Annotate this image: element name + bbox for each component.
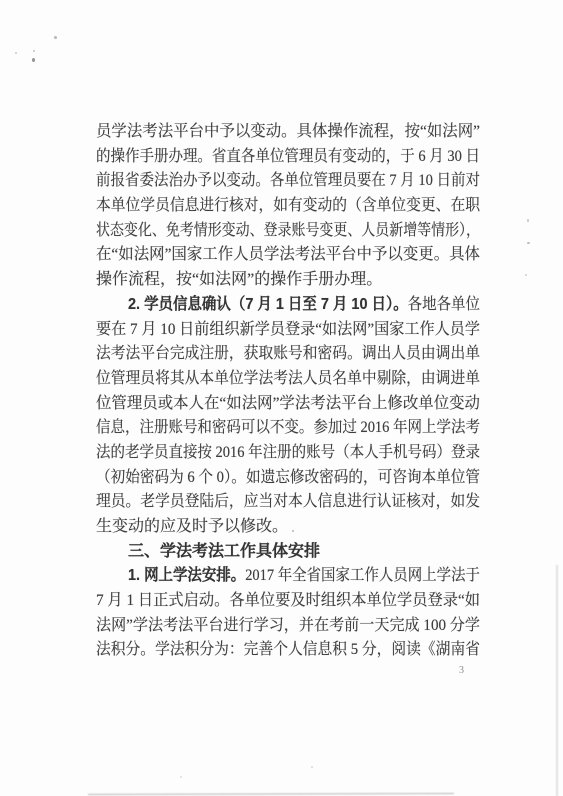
text-line: 1. 网上学法安排。2017 年全省国家工作人员网上学法于 xyxy=(96,564,480,589)
text-run-group: 位管理员将其从本单位学法考法人员名单中剔除，由调进单 xyxy=(96,367,480,392)
scan-speck xyxy=(527,219,529,222)
text-line: 要在 7 月 10 日前组织新学员登录“如法网”国家工作人员学 xyxy=(96,318,480,343)
scan-speck xyxy=(54,36,57,39)
scanned-document-page: 员学法考法平台中予以变动。具体操作流程，按“如法网”的操作手册办理。省直各单位管… xyxy=(0,0,563,796)
text-line: 理员。老学员登陆后，应当对本人信息进行认证核对，如发 xyxy=(96,490,480,515)
body-text: 理员。老学员登陆后，应当对本人信息进行认证核对，如发 xyxy=(96,493,480,510)
text-run-group: 操作流程，按“如法网”的操作手册办理。 xyxy=(96,268,382,293)
scan-speck xyxy=(292,530,294,532)
body-text: 位管理员或本人在“如法网”学法考法平台上修改单位变动 xyxy=(96,395,480,412)
body-text: 前报省委法治办予以变动。各单位管理员要在 7 月 10 日前对 xyxy=(96,172,480,189)
text-line: 法考法平台完成注册，获取账号和密码。调出人员由调出单 xyxy=(96,342,480,367)
text-run-group: 三、学法考法工作具体安排 xyxy=(128,540,320,565)
body-text: 在“如法网”国家工作人员学法考法平台中予以变更。具体 xyxy=(96,246,480,263)
text-run-group: 法网”学法考法平台进行学习，并在考前一天完成 100 分学 xyxy=(96,614,480,639)
text-line: （初始密码为 6 个 0）。如遗忘修改密码的，可咨询本单位管 xyxy=(96,466,480,491)
text-line: 员学法考法平台中予以变动。具体操作流程，按“如法网” xyxy=(96,120,480,145)
text-run-group: 法的老学员直接按 2016 年注册的账号（本人手机号码）登录 xyxy=(96,441,480,466)
text-run-group: 理员。老学员登陆后，应当对本人信息进行认证核对，如发 xyxy=(96,490,480,515)
bold-text: 1. 网上学法安排。 xyxy=(128,567,245,584)
text-run-group: 状态变化、免考情形变动、登录账号变更、人员新增等情形）， xyxy=(96,219,480,244)
text-run-group: 前报省委法治办予以变动。各单位管理员要在 7 月 10 日前对 xyxy=(96,169,480,194)
text-line: 法积分。学法积分为：完善个人信息积 5 分，阅读《湖南省 xyxy=(96,638,480,663)
body-text: 各地各单位 xyxy=(408,296,480,313)
text-run-group: 生变动的应及时予以修改。 xyxy=(96,515,288,540)
text-line: 7 月 1 日正式启动。各单位要及时组织本单位学员登录“如 xyxy=(96,589,480,614)
text-run-group: （初始密码为 6 个 0）。如遗忘修改密码的，可咨询本单位管 xyxy=(96,466,480,491)
text-line: 法的老学员直接按 2016 年注册的账号（本人手机号码）登录 xyxy=(96,441,480,466)
text-line: 前报省委法治办予以变动。各单位管理员要在 7 月 10 日前对 xyxy=(96,169,480,194)
body-text: 信息，注册账号和密码可以不变。参加过 2016 年网上学法考 xyxy=(96,419,480,436)
body-text: 法考法平台完成注册，获取账号和密码。调出人员由调出单 xyxy=(96,345,480,362)
text-line: 位管理员或本人在“如法网”学法考法平台上修改单位变动 xyxy=(96,392,480,417)
body-text: 员学法考法平台中予以变动。具体操作流程，按“如法网” xyxy=(96,123,480,140)
text-run-group: 在“如法网”国家工作人员学法考法平台中予以变更。具体 xyxy=(96,243,480,268)
scan-speck xyxy=(311,766,313,768)
scan-speck xyxy=(33,50,35,52)
text-line: 位管理员将其从本单位学法考法人员名单中剔除，由调进单 xyxy=(96,367,480,392)
text-line: 三、学法考法工作具体安排 xyxy=(96,540,480,565)
body-text: 位管理员将其从本单位学法考法人员名单中剔除，由调进单 xyxy=(96,370,480,387)
text-line: 本单位学员信息进行核对，如有变动的（含单位变更、在职 xyxy=(96,194,480,219)
text-run-group: 法积分。学法积分为：完善个人信息积 5 分，阅读《湖南省 xyxy=(96,638,480,663)
body-text: 状态变化、免考情形变动、登录账号变更、人员新增等情形）， xyxy=(96,222,480,239)
text-line: 信息，注册账号和密码可以不变。参加过 2016 年网上学法考 xyxy=(96,416,480,441)
body-text: 要在 7 月 10 日前组织新学员登录“如法网”国家工作人员学 xyxy=(96,321,480,338)
scan-edge-right xyxy=(556,565,558,796)
scan-speck xyxy=(180,776,182,778)
scan-speck xyxy=(527,242,530,244)
body-text: 法的老学员直接按 2016 年注册的账号（本人手机号码）登录 xyxy=(96,444,480,461)
text-run-group: 位管理员或本人在“如法网”学法考法平台上修改单位变动 xyxy=(96,392,480,417)
body-text: 操作流程，按“如法网”的操作手册办理。 xyxy=(96,271,382,288)
text-run-group: 本单位学员信息进行核对，如有变动的（含单位变更、在职 xyxy=(96,194,480,219)
text-block: 员学法考法平台中予以变动。具体操作流程，按“如法网”的操作手册办理。省直各单位管… xyxy=(96,120,480,663)
text-run-group: 的操作手册办理。省直各单位管理员有变动的，于 6 月 30 日 xyxy=(96,145,480,170)
text-run-group: 信息，注册账号和密码可以不变。参加过 2016 年网上学法考 xyxy=(96,416,480,441)
text-line: 生变动的应及时予以修改。 xyxy=(96,515,480,540)
scan-speck xyxy=(32,58,35,62)
text-run-group: 要在 7 月 10 日前组织新学员登录“如法网”国家工作人员学 xyxy=(96,318,480,343)
text-line: 操作流程，按“如法网”的操作手册办理。 xyxy=(96,268,480,293)
body-text: 法网”学法考法平台进行学习，并在考前一天完成 100 分学 xyxy=(96,617,480,634)
text-run-group: 员学法考法平台中予以变动。具体操作流程，按“如法网” xyxy=(96,120,480,145)
bold-text: 三、学法考法工作具体安排 xyxy=(128,543,320,560)
body-text: 7 月 1 日正式启动。各单位要及时组织本单位学员登录“如 xyxy=(96,592,480,609)
body-text: 生变动的应及时予以修改。 xyxy=(96,518,288,535)
body-text: 的操作手册办理。省直各单位管理员有变动的，于 6 月 30 日 xyxy=(96,148,480,165)
bold-text: 2. 学员信息确认（7 月 1 日至 7 月 10 日）。 xyxy=(128,296,408,313)
text-run-group: 1. 网上学法安排。2017 年全省国家工作人员网上学法于 xyxy=(128,564,480,589)
text-line: 2. 学员信息确认（7 月 1 日至 7 月 10 日）。各地各单位 xyxy=(96,293,480,318)
text-run-group: 法考法平台完成注册，获取账号和密码。调出人员由调出单 xyxy=(96,342,480,367)
body-text: 法积分。学法积分为：完善个人信息积 5 分，阅读《湖南省 xyxy=(96,641,480,658)
text-line: 在“如法网”国家工作人员学法考法平台中予以变更。具体 xyxy=(96,243,480,268)
body-text: 2017 年全省国家工作人员网上学法于 xyxy=(245,567,480,584)
text-line: 法网”学法考法平台进行学习，并在考前一天完成 100 分学 xyxy=(96,614,480,639)
page-number: 3 xyxy=(459,666,464,676)
text-line: 状态变化、免考情形变动、登录账号变更、人员新增等情形）， xyxy=(96,219,480,244)
scan-speck xyxy=(525,274,527,276)
body-text: （初始密码为 6 个 0）。如遗忘修改密码的，可咨询本单位管 xyxy=(96,469,480,486)
text-run-group: 7 月 1 日正式启动。各单位要及时组织本单位学员登录“如 xyxy=(96,589,480,614)
scan-speck xyxy=(15,52,17,54)
text-run-group: 2. 学员信息确认（7 月 1 日至 7 月 10 日）。各地各单位 xyxy=(128,293,480,318)
body-text: 本单位学员信息进行核对，如有变动的（含单位变更、在职 xyxy=(96,197,480,214)
text-line: 的操作手册办理。省直各单位管理员有变动的，于 6 月 30 日 xyxy=(96,145,480,170)
scan-edge-bottom xyxy=(88,793,454,796)
